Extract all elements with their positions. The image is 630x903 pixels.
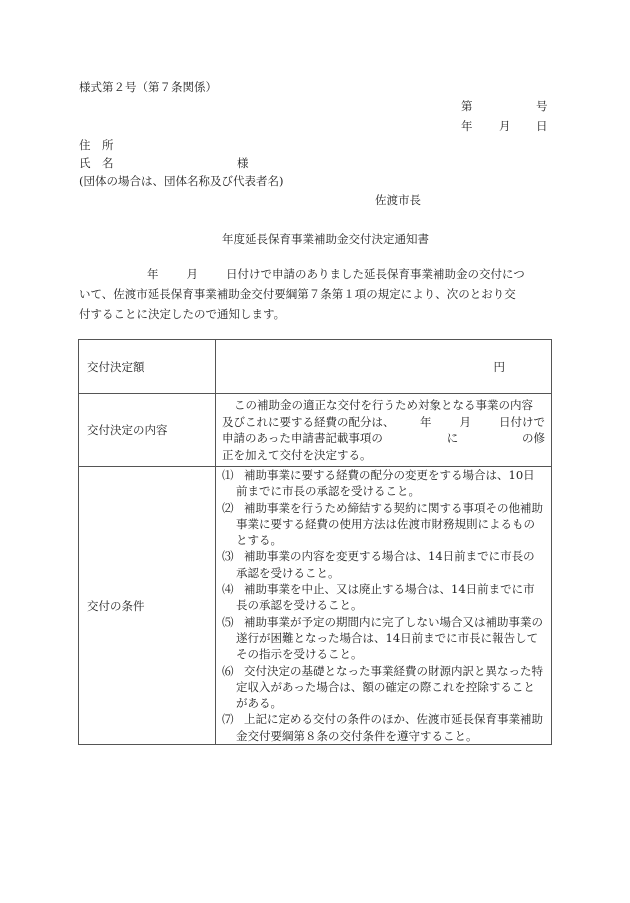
doc-number-suffix: 号	[536, 101, 548, 113]
conditions-list: ⑴補助事業に要する経費の配分の変更をする場合は、10日前までに市長の承認を受ける…	[222, 467, 545, 744]
table-row-content: 交付決定の内容 この補助金の適正な交付を行うため対象となる事業の内容 及びこれに…	[79, 394, 552, 467]
sender: 佐渡市長	[375, 195, 421, 207]
condition-item: ⑶補助事業の内容を変更する場合は、14日前までに市長の承認を受けること。	[222, 548, 545, 581]
date-day: 日	[536, 121, 548, 133]
body-line-3: 付することに決定したので通知します。	[79, 304, 551, 324]
date-month: 月	[499, 121, 511, 133]
name-label: 氏 名	[79, 158, 114, 170]
form-number: 様式第２号（第７条関係）	[79, 82, 217, 94]
table-row-conditions: 交付の条件 ⑴補助事業に要する経費の配分の変更をする場合は、10日前までに市長の…	[79, 467, 552, 745]
amount-label: 交付決定額	[79, 340, 216, 394]
condition-item: ⑸補助事業が予定の期間内に完了しない場合又は補助事業の遂行が困難となった場合は、…	[222, 614, 545, 663]
table-row-amount: 交付決定額 円	[79, 340, 552, 394]
address-label: 住 所	[79, 140, 114, 152]
conditions-value: ⑴補助事業に要する経費の配分の変更をする場合は、10日前までに市長の承認を受ける…	[216, 467, 552, 745]
condition-item: ⑴補助事業に要する経費の配分の変更をする場合は、10日前までに市長の承認を受ける…	[222, 467, 545, 500]
content-label: 交付決定の内容	[79, 394, 216, 467]
body-paragraph: 年月日付けで申請のありました延長保育事業補助金の交付につ いて、佐渡市延長保育事…	[79, 264, 551, 324]
conditions-label: 交付の条件	[79, 467, 216, 745]
decision-table: 交付決定額 円 交付決定の内容 この補助金の適正な交付を行うため対象となる事業の…	[78, 339, 552, 745]
content-value: この補助金の適正な交付を行うため対象となる事業の内容 及びこれに要する経費の配分…	[216, 394, 552, 467]
body-line-1: 年月日付けで申請のありました延長保育事業補助金の交付につ	[79, 264, 551, 284]
condition-item: ⑷補助事業を中止、又は廃止する場合は、14日前までに市長の承認を受けること。	[222, 581, 545, 614]
amount-value: 円	[216, 340, 552, 394]
document-title: 年度延長保育事業補助金交付決定通知書	[222, 234, 429, 246]
date-year: 年	[461, 121, 473, 133]
condition-item: ⑹交付決定の基礎となった事業経費の財源内訳と異なった特定収入があった場合は、額の…	[222, 663, 545, 712]
body-line-2: いて、佐渡市延長保育事業補助金交付要綱第７条第１項の規定により、次のとおり交	[79, 284, 551, 304]
honorific: 様	[237, 158, 249, 170]
doc-number-prefix: 第	[461, 101, 473, 113]
group-note: (団体の場合は、団体名称及び代表者名)	[79, 176, 283, 188]
condition-item: ⑵補助事業を行うため締結する契約に関する事項その他補助事業に要する経費の使用方法…	[222, 500, 545, 549]
condition-item: ⑺上記に定める交付の条件のほか、佐渡市延長保育事業補助金交付要綱第８条の交付条件…	[222, 711, 545, 744]
